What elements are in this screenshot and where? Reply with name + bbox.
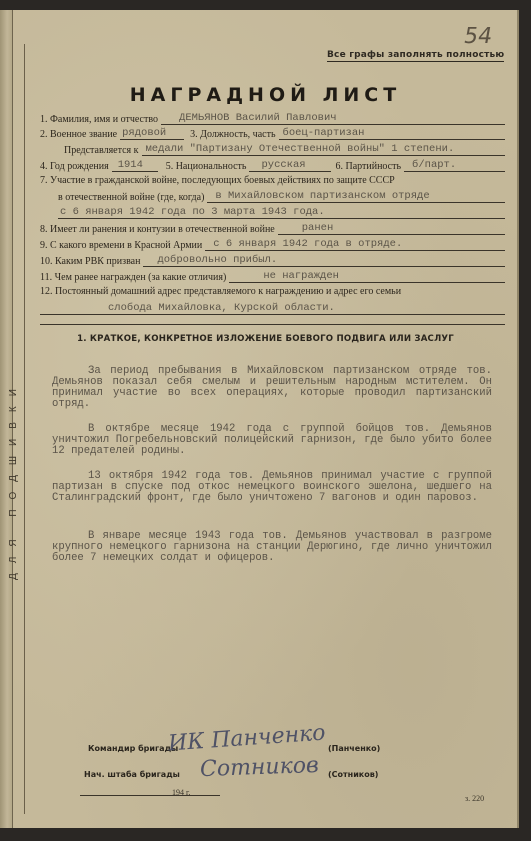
field-label: 5. Национальность [166, 161, 247, 172]
field-label: 8. Имеет ли ранения и контузии в отечест… [40, 224, 275, 235]
chief-of-staff-signature: Сотников [200, 753, 320, 782]
field-value-nationality: русская [249, 159, 331, 172]
field-label: 3. Должность, часть [190, 129, 275, 140]
commander-name: (Панченко) [328, 744, 380, 753]
field-address: слобода Михайловка, Курской области. [40, 302, 505, 315]
field-value: с 6 января 1942 года по 3 марта 1943 год… [58, 206, 505, 219]
chief-of-staff-label: Нач. штаба бригады [84, 770, 180, 779]
field-value: в Михайловском партизанском отряде [207, 190, 505, 203]
top-note: Все графы заполнять полностью [327, 50, 504, 62]
field-nominated: Представляется к медали "Партизану Отече… [64, 143, 505, 156]
field-value-party: б/парт. [404, 159, 505, 172]
side-label: ДЛЯ ПОДШИВКИ [8, 379, 19, 580]
page-number: 54 [462, 24, 494, 49]
form-code: з. 220 [465, 794, 484, 803]
commander-label: Командир бригады [88, 744, 178, 753]
field-full-name: 1. Фамилия, имя и отчество ДЕМЬЯНОВ Васи… [40, 112, 505, 125]
field-war-participation-label: 7. Участие в гражданской войне, последую… [40, 175, 505, 186]
field-rank-position: 2. Военное звание рядовой 3. Должность, … [40, 127, 505, 140]
field-label: 11. Чем ранее награжден (за какие отличи… [40, 272, 226, 283]
field-value-position: боец-партизан [279, 127, 505, 140]
field-label: 12. Постоянный домашний адрес представля… [40, 286, 401, 297]
field-label: 2. Военное звание [40, 129, 117, 140]
field-wounds: 8. Имеет ли ранения и контузии в отечест… [40, 222, 505, 235]
field-value: с 6 января 1942 года в отряде. [205, 238, 505, 251]
field-army-since: 9. С какого времени в Красной Армии с 6 … [40, 238, 505, 251]
field-value: ранен [278, 222, 505, 235]
field-birth-nationality-party: 4. Год рождения 1914 5. Национальность р… [40, 159, 505, 172]
date-line [80, 795, 220, 796]
field-war-participation: в отечественной войне (где, когда) в Мих… [58, 190, 505, 203]
field-label: Представляется к [64, 145, 139, 156]
field-label: 4. Год рождения [40, 161, 109, 172]
margin-rule [24, 44, 25, 814]
field-label: 1. Фамилия, имя и отчество [40, 114, 158, 125]
section-divider [40, 324, 505, 325]
field-value-birth-year: 1914 [112, 159, 158, 172]
field-value: слобода Михайловка, Курской области. [40, 302, 505, 315]
narrative-paragraph: За период пребывания в Михайловском парт… [52, 366, 492, 410]
narrative-paragraph: В октябре месяце 1942 года с группой бой… [52, 424, 492, 457]
chief-of-staff-name: (Сотников) [328, 770, 378, 779]
field-value: ДЕМЬЯНОВ Василий Павлович [161, 112, 505, 125]
field-rvk: 10. Каким РВК призван добровольно прибыл… [40, 254, 505, 267]
section-heading: 1. КРАТКОЕ, КОНКРЕТНОЕ ИЗЛОЖЕНИЕ БОЕВОГО… [0, 334, 531, 344]
field-label: 6. Партийность [335, 161, 401, 172]
narrative-paragraph: 13 октября 1942 года тов. Демьянов прини… [52, 471, 492, 504]
field-value: не награжден [229, 270, 505, 283]
field-label: 9. С какого времени в Красной Армии [40, 240, 202, 251]
field-address-label: 12. Постоянный домашний адрес представля… [40, 286, 505, 297]
field-label: 7. Участие в гражданской войне, последую… [40, 175, 395, 186]
date-suffix: 194 г. [172, 788, 190, 797]
field-value: добровольно прибыл. [143, 254, 505, 267]
narrative-paragraph: В январе месяце 1943 года тов. Демьянов … [52, 531, 492, 564]
field-label: 10. Каким РВК призван [40, 256, 140, 267]
field-value: медали "Партизану Отечественной войны" 1… [142, 143, 506, 156]
page-title: НАГРАДНОЙ ЛИСТ [0, 84, 531, 106]
field-war-participation-cont: с 6 января 1942 года по 3 марта 1943 год… [58, 206, 505, 219]
field-value-rank: рядовой [120, 127, 184, 140]
field-label: в отечественной войне (где, когда) [58, 192, 204, 203]
field-previous-awards: 11. Чем ранее награжден (за какие отличи… [40, 270, 505, 283]
